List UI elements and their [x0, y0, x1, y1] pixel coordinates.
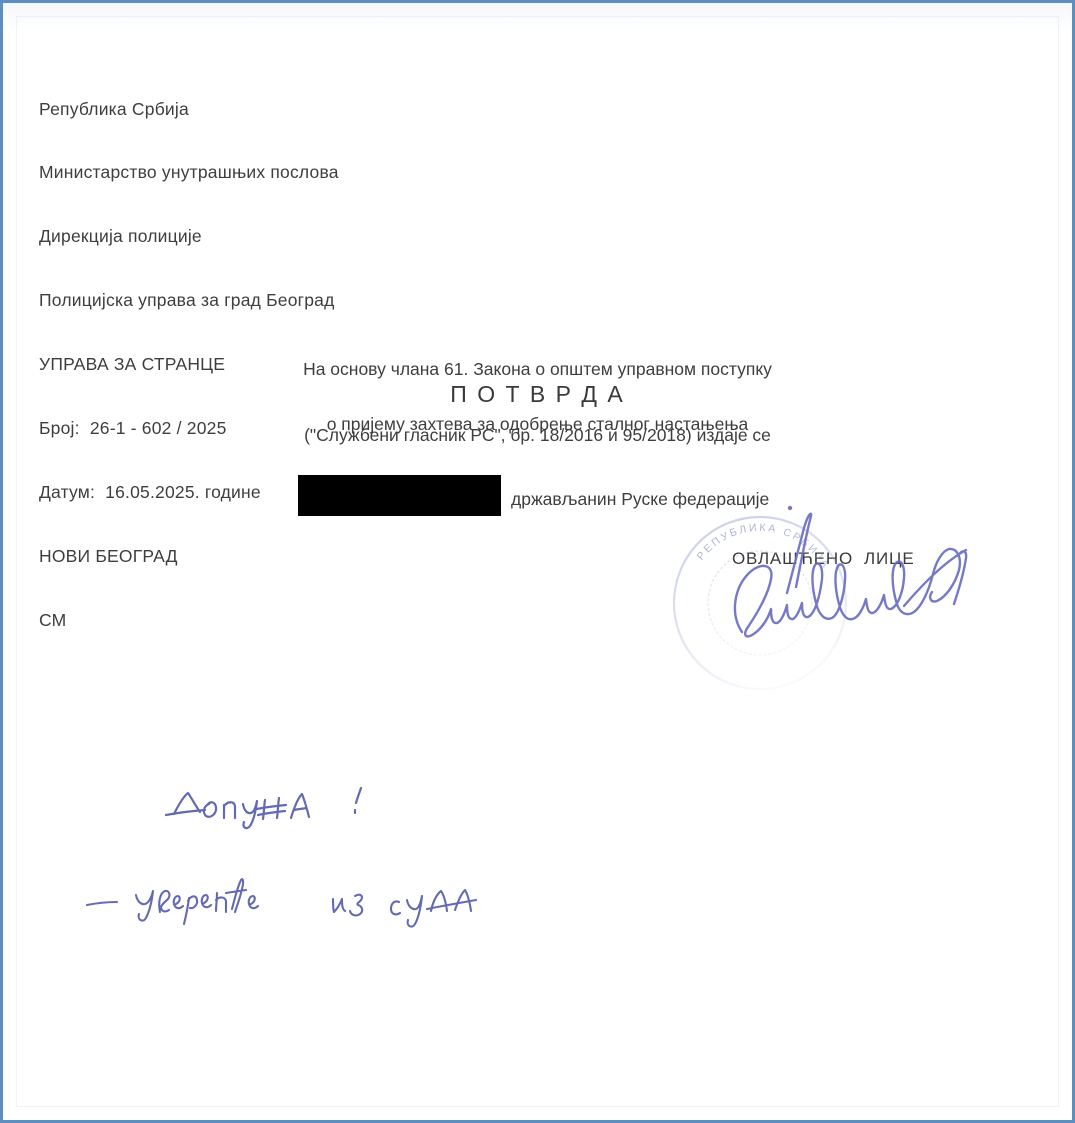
handwritten-note-title: ДОПУНА : [166, 786, 386, 809]
header-line: НОВИ БЕОГРАД [39, 546, 339, 567]
header-line: Република Србија [39, 99, 339, 120]
document-page: Република Србија Министарство унутрашњих… [0, 0, 1075, 1123]
header-line: Полицијска управа за град Београд [39, 290, 339, 311]
signature-ink [735, 506, 966, 637]
handwritten-note-item-ink [87, 879, 476, 926]
header-line: Министарство унутрашњих послова [39, 162, 339, 183]
citizenship-text: држављанин Руске федерације [511, 489, 769, 510]
handwritten-note-title-ink [166, 788, 361, 828]
official-stamp-icon: РЕПУБЛИКА СРБИЈА [674, 517, 846, 689]
header-line: СМ [39, 610, 339, 631]
document-subtitle: о пријему захтева за одобрење сталног на… [3, 414, 1072, 435]
header-line: Дирекција полиције [39, 226, 339, 247]
redaction-box [298, 475, 501, 516]
document-title: П О Т В Р Д А [3, 381, 1072, 408]
authorized-person-label: ОВЛАШЋЕНО ЛИЦЕ [732, 549, 915, 569]
legal-basis-line-1: На основу члана 61. Закона о општем упра… [3, 358, 1072, 380]
handwritten-note-item: — Уверење из суда [87, 885, 487, 908]
